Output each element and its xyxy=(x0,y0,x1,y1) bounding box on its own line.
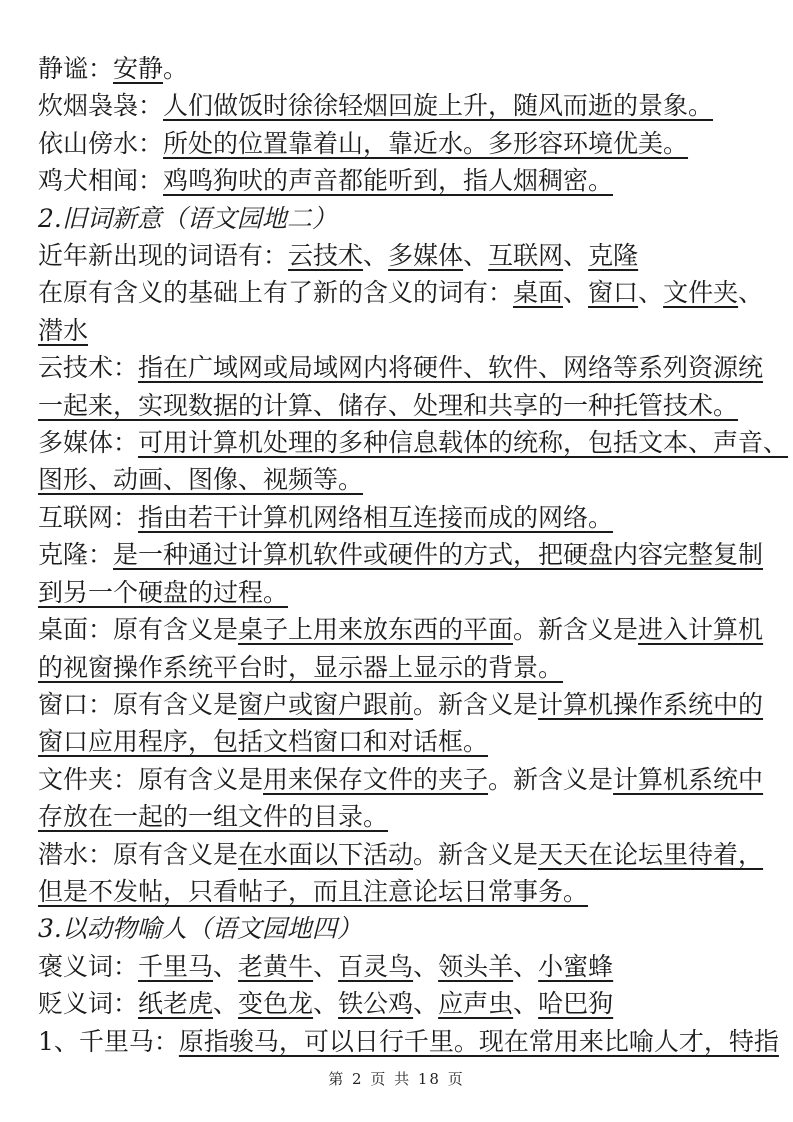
plain-text: 、 xyxy=(563,278,588,307)
plain-text: 潜水：原有含义是 xyxy=(38,840,238,869)
underlined-text: 指在广域网或局域网内将硬件、软件、网络等系列资源统 xyxy=(138,353,763,382)
underlined-text: 指由若干计算机网络相互连接而成的网络。 xyxy=(138,503,613,532)
underlined-text: 云技术 xyxy=(288,241,363,270)
document-body: 静谧：安静。炊烟袅袅：人们做饭时徐徐轻烟回旋上升，随风而逝的景象。依山傍水：所处… xyxy=(38,50,765,1060)
document-page: 静谧：安静。炊烟袅袅：人们做饭时徐徐轻烟回旋上升，随风而逝的景象。依山傍水：所处… xyxy=(0,0,793,1122)
underlined-text: 到另一个硬盘的过程。 xyxy=(38,578,288,607)
underlined-text: 桌子上用来放东西的平面 xyxy=(238,615,513,644)
plain-text: 。新含义是 xyxy=(413,690,538,719)
plain-text: 桌面：原有含义是 xyxy=(38,615,238,644)
underlined-text: 变色龙 xyxy=(238,989,313,1018)
plain-text: 。新含义是 xyxy=(513,615,638,644)
plain-text: 褒义词： xyxy=(38,952,138,981)
plain-text: 互联网： xyxy=(38,503,138,532)
underlined-text: 在水面以下活动 xyxy=(238,840,413,869)
underlined-text: 进入计算机 xyxy=(638,615,763,644)
plain-text: 3.以动物喻人（语文园地四） xyxy=(38,914,362,943)
text-line: 贬义词：纸老虎、变色龙、铁公鸡、应声虫、哈巴狗 xyxy=(38,985,765,1022)
plain-text: 、 xyxy=(363,241,388,270)
underlined-text: 但是不发帖，只看帖子，而且注意论坛日常事务。 xyxy=(38,877,588,906)
underlined-text: 潜水 xyxy=(38,316,88,345)
text-line: 的视窗操作系统平台时，显示器上显示的背景。 xyxy=(38,649,765,686)
text-line: 图形、动画、图像、视频等。 xyxy=(38,461,765,498)
text-line: 在原有含义的基础上有了新的含义的词有：桌面、窗口、文件夹、 xyxy=(38,274,765,311)
underlined-text: 多媒体 xyxy=(388,241,463,270)
underlined-text: 文件夹 xyxy=(663,278,738,307)
plain-text: 依山傍水： xyxy=(38,129,163,158)
plain-text: 、 xyxy=(313,952,338,981)
underlined-text: 计算机操作系统中的 xyxy=(538,690,763,719)
underlined-text: 纸老虎 xyxy=(138,989,213,1018)
underlined-text: 应声虫 xyxy=(438,989,513,1018)
text-line: 1、千里马：原指骏马，可以日行千里。现在常用来比喻人才，特指 xyxy=(38,1023,765,1060)
plain-text: 文件夹：原有含义是 xyxy=(38,765,263,794)
text-line: 互联网：指由若干计算机网络相互连接而成的网络。 xyxy=(38,499,765,536)
underlined-text: 哈巴狗 xyxy=(538,989,613,1018)
underlined-text: 窗口 xyxy=(588,278,638,307)
plain-text: 1、千里马： xyxy=(38,1027,179,1056)
text-line: 潜水 xyxy=(38,312,765,349)
plain-text: 多媒体： xyxy=(38,428,138,457)
plain-text: 、 xyxy=(638,278,663,307)
text-line: 云技术：指在广域网或局域网内将硬件、软件、网络等系列资源统 xyxy=(38,349,765,386)
plain-text: 窗口：原有含义是 xyxy=(38,690,238,719)
underlined-text: 人们做饭时徐徐轻烟回旋上升，随风而逝的景象。 xyxy=(163,91,713,120)
underlined-text: 小蜜蜂 xyxy=(538,952,613,981)
plain-text: 近年新出现的词语有： xyxy=(38,241,288,270)
plain-text: 、 xyxy=(413,952,438,981)
text-line: 克隆：是一种通过计算机软件或硬件的方式，把硬盘内容完整复制 xyxy=(38,536,765,573)
text-line: 褒义词：千里马、老黄牛、百灵鸟、领头羊、小蜜蜂 xyxy=(38,948,765,985)
plain-text: 、 xyxy=(463,241,488,270)
plain-text: 、 xyxy=(413,989,438,1018)
underlined-text: 图形、动画、图像、视频等。 xyxy=(38,465,363,494)
text-line: 潜水：原有含义是在水面以下活动。新含义是天天在论坛里待着， xyxy=(38,836,765,873)
text-line: 但是不发帖，只看帖子，而且注意论坛日常事务。 xyxy=(38,873,765,910)
plain-text: 、 xyxy=(213,952,238,981)
text-line: 到另一个硬盘的过程。 xyxy=(38,574,765,611)
plain-text: 、 xyxy=(313,989,338,1018)
plain-text: 鸡犬相闻： xyxy=(38,166,163,195)
underlined-text: 互联网 xyxy=(488,241,563,270)
underlined-text: 是一种通过计算机软件或硬件的方式，把硬盘内容完整复制 xyxy=(113,540,763,569)
underlined-text: 的视窗操作系统平台时，显示器上显示的背景。 xyxy=(38,653,563,682)
plain-text: 。新含义是 xyxy=(488,765,613,794)
underlined-text: 计算机系统中 xyxy=(613,765,763,794)
text-line: 桌面：原有含义是桌子上用来放东西的平面。新含义是进入计算机 xyxy=(38,611,765,648)
plain-text: 贬义词： xyxy=(38,989,138,1018)
page-number-footer: 第 2 页 共 18 页 xyxy=(0,1068,793,1089)
underlined-text: 克隆 xyxy=(588,241,638,270)
underlined-text: 一起来，实现数据的计算、储存、处理和共享的一种托管技术。 xyxy=(38,391,738,420)
underlined-text: 鸡鸣狗吠的声音都能听到，指人烟稠密。 xyxy=(163,166,613,195)
text-line: 多媒体：可用计算机处理的多种信息载体的统称，包括文本、声音、 xyxy=(38,424,765,461)
plain-text: 。新含义是 xyxy=(413,840,538,869)
plain-text: 静谧： xyxy=(38,54,113,83)
plain-text: 、 xyxy=(513,952,538,981)
plain-text: 2.旧词新意（语文园地二） xyxy=(38,204,337,233)
plain-text: 、 xyxy=(513,989,538,1018)
plain-text: 。 xyxy=(163,54,188,83)
underlined-text: 领头羊 xyxy=(438,952,513,981)
text-line: 窗口：原有含义是窗户或窗户跟前。新含义是计算机操作系统中的 xyxy=(38,686,765,723)
underlined-text: 千里马 xyxy=(138,952,213,981)
plain-text: 、 xyxy=(738,278,763,307)
section-heading: 2.旧词新意（语文园地二） xyxy=(38,200,765,237)
text-line: 文件夹：原有含义是用来保存文件的夹子。新含义是计算机系统中 xyxy=(38,761,765,798)
underlined-text: 天天在论坛里待着， xyxy=(538,840,763,869)
plain-text: 克隆： xyxy=(38,540,113,569)
underlined-text: 窗户或窗户跟前 xyxy=(238,690,413,719)
underlined-text: 安静 xyxy=(113,54,163,83)
underlined-text: 可用计算机处理的多种信息载体的统称，包括文本、声音、 xyxy=(138,428,788,457)
underlined-text: 桌面 xyxy=(513,278,563,307)
underlined-text: 原指骏马，可以日行千里。现在常用来比喻人才，特指 xyxy=(179,1027,779,1056)
section-heading: 3.以动物喻人（语文园地四） xyxy=(38,910,765,947)
underlined-text: 老黄牛 xyxy=(238,952,313,981)
underlined-text: 百灵鸟 xyxy=(338,952,413,981)
underlined-text: 存放在一起的一组文件的目录。 xyxy=(38,802,388,831)
text-line: 窗口应用程序，包括文档窗口和对话框。 xyxy=(38,723,765,760)
text-line: 存放在一起的一组文件的目录。 xyxy=(38,798,765,835)
underlined-text: 所处的位置靠着山，靠近水。多形容环境优美。 xyxy=(163,129,688,158)
underlined-text: 铁公鸡 xyxy=(338,989,413,1018)
text-line: 鸡犬相闻：鸡鸣狗吠的声音都能听到，指人烟稠密。 xyxy=(38,162,765,199)
underlined-text: 窗口应用程序，包括文档窗口和对话框。 xyxy=(38,727,488,756)
plain-text: 、 xyxy=(213,989,238,1018)
text-line: 静谧：安静。 xyxy=(38,50,765,87)
plain-text: 云技术： xyxy=(38,353,138,382)
text-line: 依山傍水：所处的位置靠着山，靠近水。多形容环境优美。 xyxy=(38,125,765,162)
text-line: 近年新出现的词语有：云技术、多媒体、互联网、克隆 xyxy=(38,237,765,274)
plain-text: 炊烟袅袅： xyxy=(38,91,163,120)
plain-text: 在原有含义的基础上有了新的含义的词有： xyxy=(38,278,513,307)
text-line: 一起来，实现数据的计算、储存、处理和共享的一种托管技术。 xyxy=(38,387,765,424)
plain-text: 、 xyxy=(563,241,588,270)
underlined-text: 用来保存文件的夹子 xyxy=(263,765,488,794)
text-line: 炊烟袅袅：人们做饭时徐徐轻烟回旋上升，随风而逝的景象。 xyxy=(38,87,765,124)
